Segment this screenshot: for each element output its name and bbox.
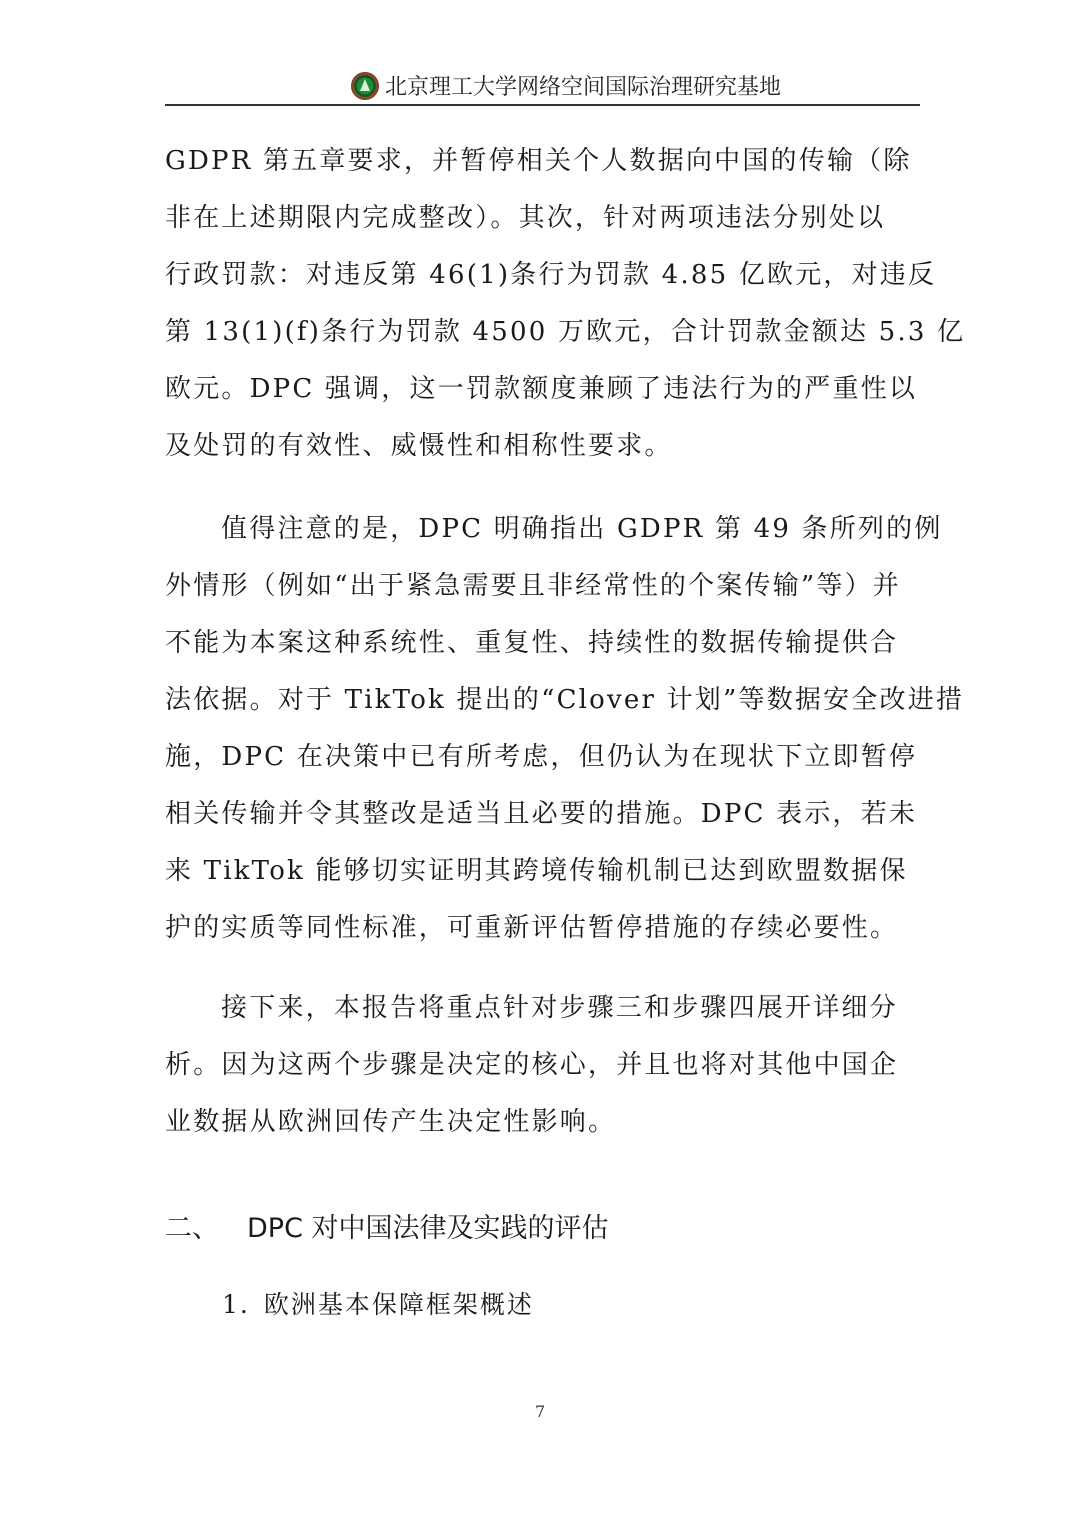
paragraph-3: 接下来，本报告将重点针对步骤三和步骤四展开详细分 析。因为这两个步骤是决定的核心… [165, 980, 917, 1151]
section-number: 二、 [165, 1213, 219, 1244]
text-line: 施，DPC 在决策中已有所考虑，但仍认为在现状下立即暂停 [165, 729, 917, 786]
section-heading: 二、DPC 对中国法律及实践的评估 [165, 1206, 609, 1245]
text-line: 析。因为这两个步骤是决定的核心，并且也将对其他中国企 [165, 1037, 917, 1094]
header-branding: 北京理工大学网络空间国际治理研究基地 [351, 70, 781, 101]
header-title: 北京理工大学网络空间国际治理研究基地 [385, 70, 781, 101]
text-line: 值得注意的是，DPC 明确指出 GDPR 第 49 条所列的例 [165, 501, 917, 558]
text-line: 业数据从欧洲回传产生决定性影响。 [165, 1094, 917, 1151]
page-header: 北京理工大学网络空间国际治理研究基地 [165, 66, 920, 106]
paragraph-1: GDPR 第五章要求，并暂停相关个人数据向中国的传输（除 非在上述期限内完成整改… [165, 133, 917, 475]
subsection-title: 欧洲基本保障框架概述 [264, 1290, 534, 1319]
text-line: 欧元。DPC 强调，这一罚款额度兼顾了违法行为的严重性以 [165, 361, 917, 418]
text-line: 及处罚的有效性、威慑性和相称性要求。 [165, 418, 917, 475]
section-title: DPC 对中国法律及实践的评估 [247, 1213, 609, 1244]
university-emblem-icon [351, 72, 379, 100]
text-line: 相关传输并令其整改是适当且必要的措施。DPC 表示，若未 [165, 786, 917, 843]
text-line: 第 13(1)(f)条行为罚款 4500 万欧元，合计罚款金额达 5.3 亿 [165, 304, 917, 361]
text-line: 不能为本案这种系统性、重复性、持续性的数据传输提供合 [165, 615, 917, 672]
text-line: 外情形（例如“出于紧急需要且非经常性的个案传输”等）并 [165, 558, 917, 615]
text-line: 来 TikTok 能够切实证明其跨境传输机制已达到欧盟数据保 [165, 843, 917, 900]
text-line: 护的实质等同性标准，可重新评估暂停措施的存续必要性。 [165, 900, 917, 957]
text-line: GDPR 第五章要求，并暂停相关个人数据向中国的传输（除 [165, 133, 917, 190]
subsection-heading: 1.欧洲基本保障框架概述 [222, 1285, 534, 1321]
text-line: 法依据。对于 TikTok 提出的“Clover 计划”等数据安全改进措 [165, 672, 917, 729]
subsection-number: 1. [222, 1290, 250, 1319]
text-line: 行政罚款：对违反第 46(1)条行为罚款 4.85 亿欧元，对违反 [165, 247, 917, 304]
text-line: 接下来，本报告将重点针对步骤三和步骤四展开详细分 [165, 980, 917, 1037]
paragraph-2: 值得注意的是，DPC 明确指出 GDPR 第 49 条所列的例 外情形（例如“出… [165, 501, 917, 957]
page-number: 7 [535, 1402, 545, 1421]
text-line: 非在上述期限内完成整改）。其次，针对两项违法分别处以 [165, 190, 917, 247]
